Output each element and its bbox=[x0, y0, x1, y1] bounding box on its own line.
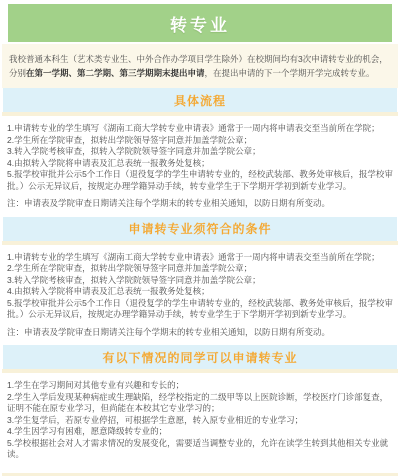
list-item: 2.学生所在学院审查，拟转出学院领导签字同意并加盖学院公章； bbox=[7, 135, 393, 147]
list-item: 1.申请转专业的学生填写《湖南工商大学转专业申请表》通常于一周内将申请表交至当前… bbox=[7, 252, 393, 264]
bottom-separator bbox=[2, 473, 398, 476]
section-heading: 有以下情况的同学可以申请转专业 bbox=[102, 349, 297, 366]
list-item: 3.转入学院考核审查，拟转入学院院领导签字同意并加盖学院公章； bbox=[7, 146, 393, 158]
list-item: 5.报学校审批并公示5个工作日（退役复学的学生申请转专业的，经校武装部、教务处审… bbox=[7, 298, 393, 321]
list-item: 2.学生入学后发现某种病症或生理缺陷，经学校指定的二级甲等以上医院诊断，学校医疗… bbox=[7, 392, 393, 415]
conditions-note: 注：申请表及学院审查日期请关注每个学期末的转专业相关通知，以防日期有所变动。 bbox=[0, 327, 400, 346]
section-heading: 申请转专业须符合的条件 bbox=[128, 220, 271, 237]
conditions-list: 1.申请转专业的学生填写《湖南工商大学转专业申请表》通常于一周内将申请表交至当前… bbox=[0, 245, 400, 327]
intro-text-post: ，在提出申请的下一个学期开学完成转专业。 bbox=[205, 68, 375, 78]
list-item: 3.转入学院考核审查，拟转入学院院领导签字同意并加盖学院公章； bbox=[7, 275, 393, 287]
transfer-major-page: 转专业 我校普通本科生（艺术类专业生、中外合作办学项目学生除外）在校期间均有3次… bbox=[0, 0, 400, 476]
list-item: 4.由拟转入学院将申请表及汇总表统一报教务处复核； bbox=[7, 158, 393, 170]
list-item: 4.学生因学习有困难，愿意降级转专业的； bbox=[7, 426, 393, 438]
section-heading: 具体流程 bbox=[174, 92, 226, 109]
eligible-cases-list: 1.学生在学习期间对其他专业有兴趣和专长的；2.学生入学后发现某种病症或生理缺陷… bbox=[0, 373, 400, 467]
list-item: 3.学生复学后，若原专业停招，可根据学生意愿，转入原专业相近的专业学习； bbox=[7, 415, 393, 427]
intro-paragraph: 我校普通本科生（艺术类专业生、中外合作办学项目学生除外）在校期间均有3次申请转专… bbox=[2, 44, 398, 88]
intro-text-bold: 在第一学期、第二学期、第三学期期末提出申请 bbox=[26, 68, 205, 78]
list-item: 4.由拟转入学院将申请表及汇总表统一报教务处复核； bbox=[7, 286, 393, 298]
list-item: 1.学生在学习期间对其他专业有兴趣和专长的； bbox=[7, 380, 393, 392]
list-item: 2.学生所在学院审查，拟转出学院领导签字同意并加盖学院公章； bbox=[7, 263, 393, 275]
list-item: 1.申请转专业的学生填写《湖南工商大学转专业申请表》通常于一周内将申请表交至当前… bbox=[7, 123, 393, 135]
list-item: 5.报学校审批并公示5个工作日（退役复学的学生申请转专业的，经校武装部、教务处审… bbox=[7, 169, 393, 192]
page-title: 转专业 bbox=[170, 11, 230, 36]
page-header-bar: 转专业 bbox=[8, 4, 392, 42]
process-list: 1.申请转专业的学生填写《湖南工商大学转专业申请表》通常于一周内将申请表交至当前… bbox=[0, 116, 400, 198]
section-header-process: 具体流程 bbox=[3, 88, 397, 112]
section-header-conditions: 申请转专业须符合的条件 bbox=[3, 217, 397, 241]
list-item: 5.学校根据社会对人才需求情况的发展变化，需要适当调整专业的，允许在读学生转到其… bbox=[7, 438, 393, 461]
section-header-eligible-cases: 有以下情况的同学可以申请转专业 bbox=[3, 345, 397, 369]
process-note: 注：申请表及学院审查日期请关注每个学期末的转专业相关通知，以防日期有所变动。 bbox=[0, 198, 400, 217]
